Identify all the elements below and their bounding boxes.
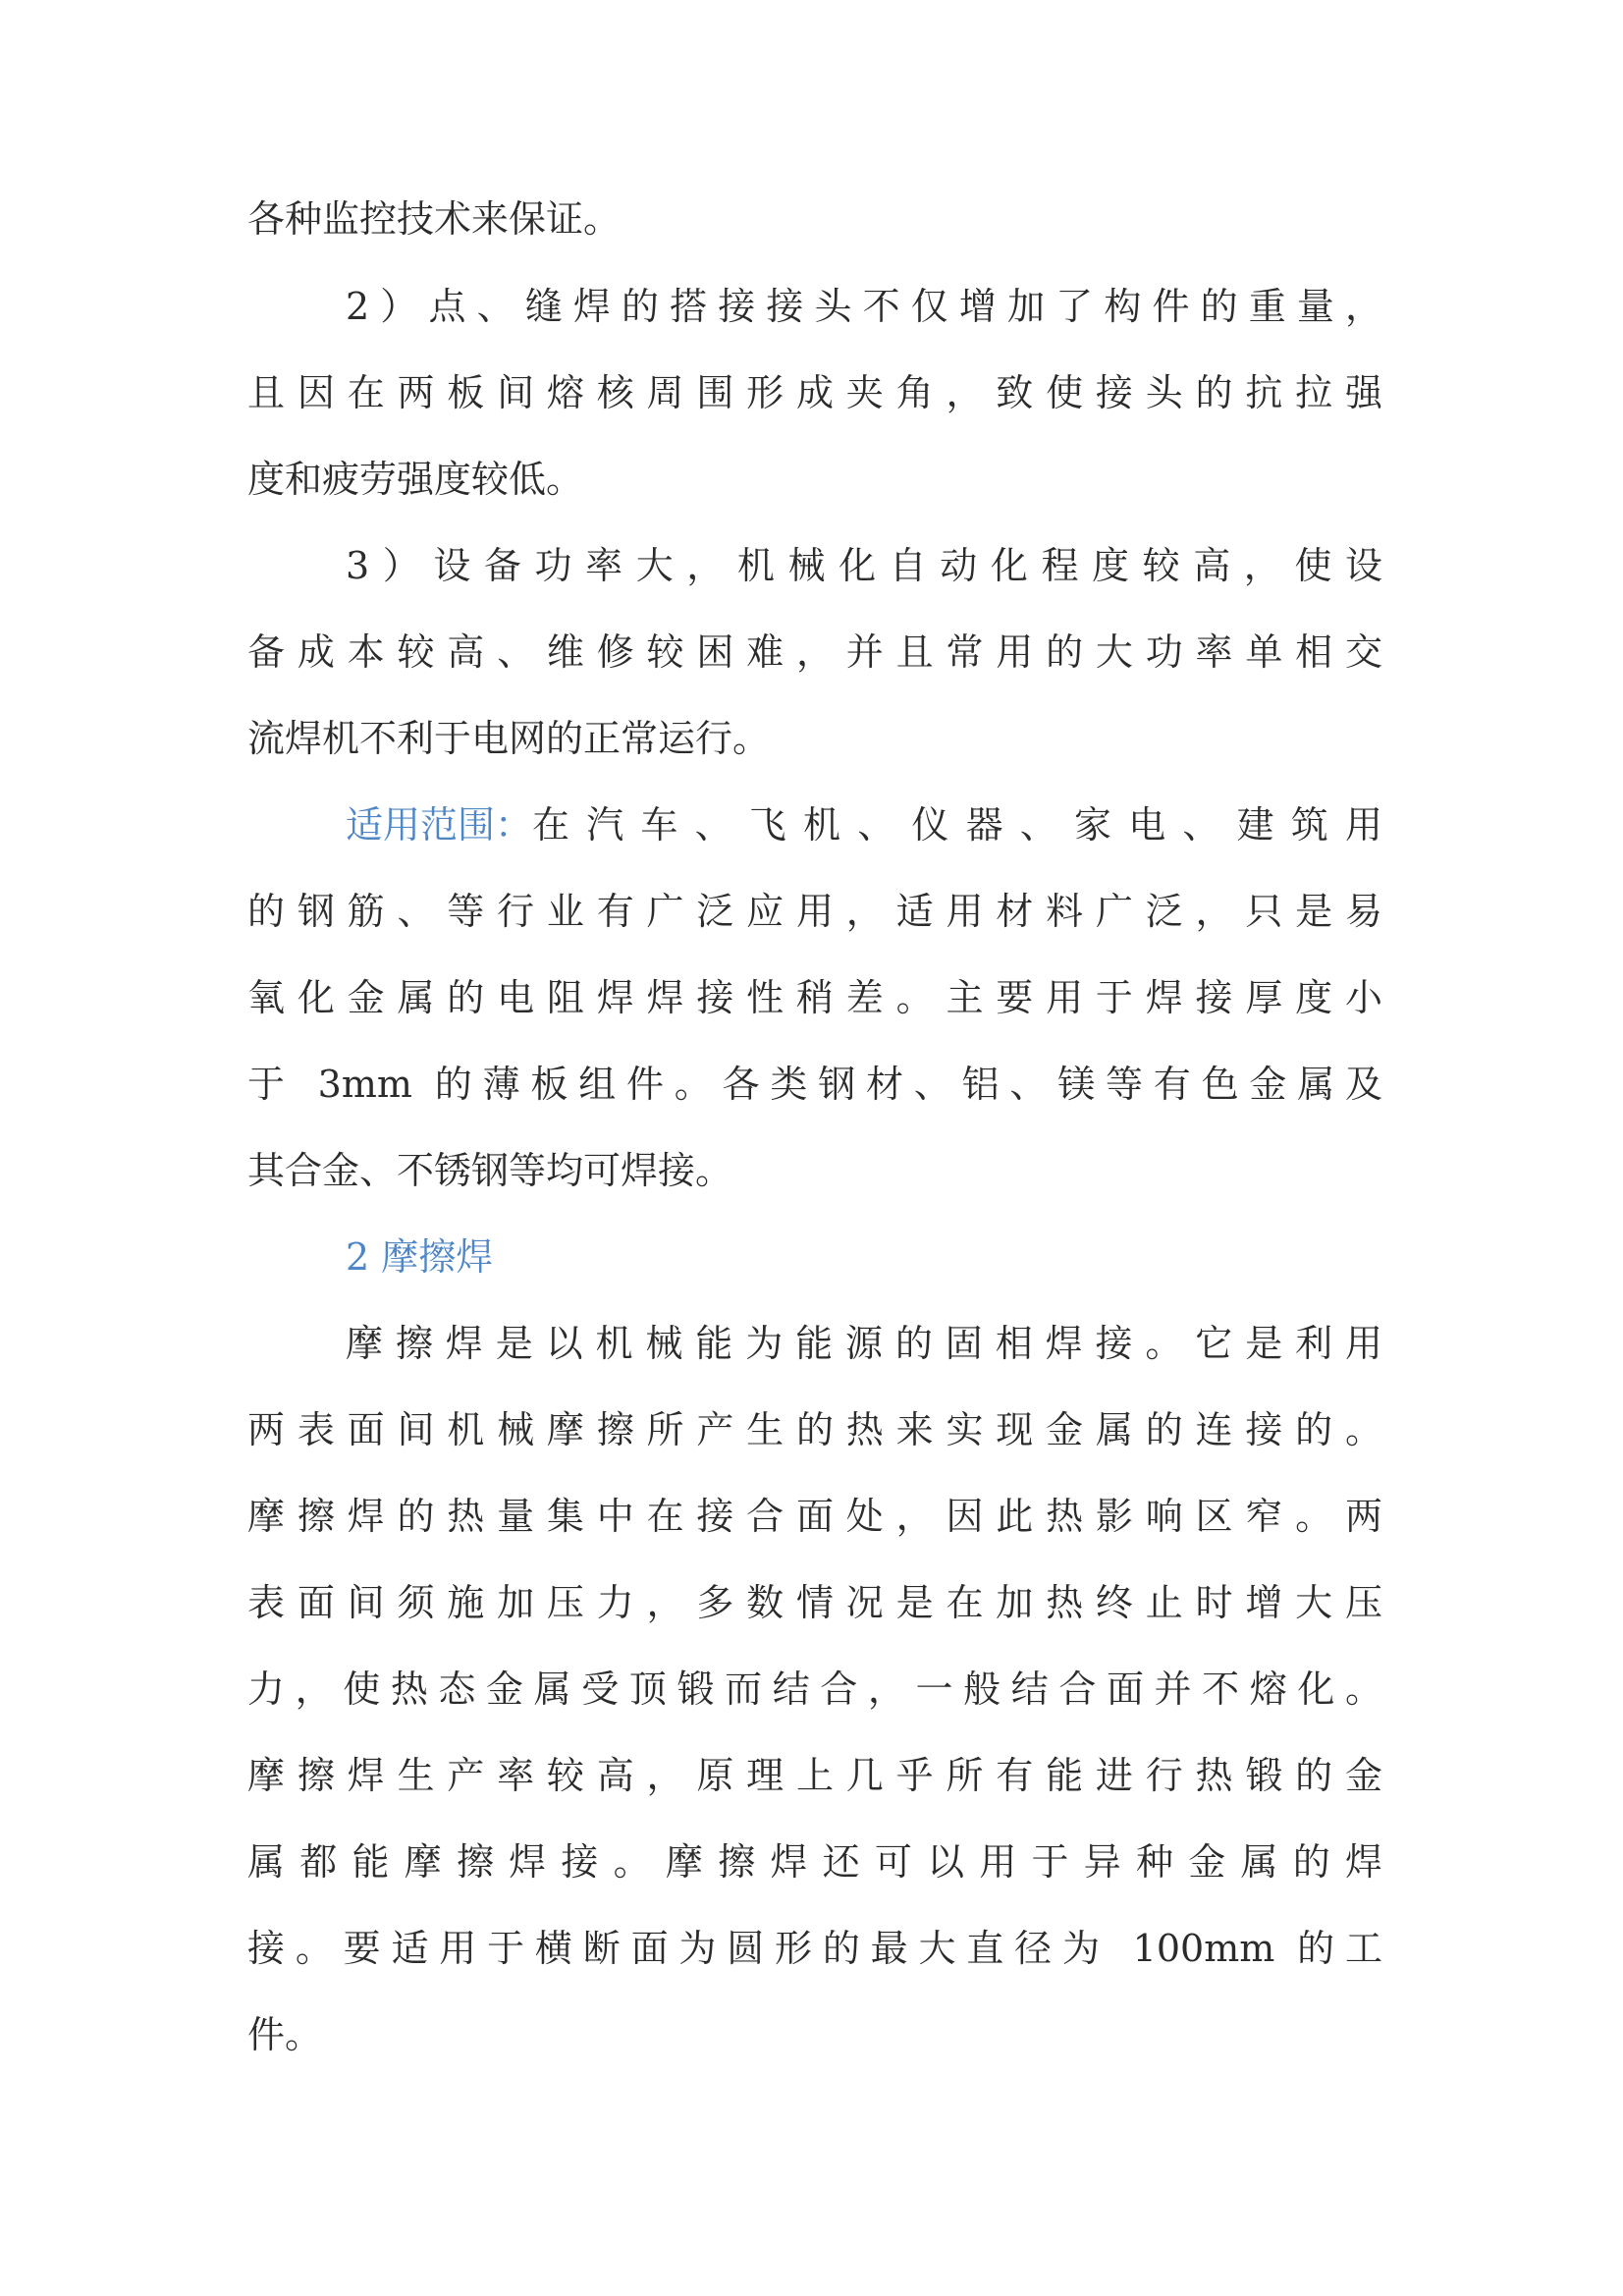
paragraph-line: 接。要适用于横断面为圆形的最大直径为 100mm 的工 <box>247 1927 1382 1970</box>
scope-paragraph-line: 其合金、不锈钢等均可焊接。 <box>247 1149 1382 1192</box>
scope-paragraph-line: 适用范围： 在汽车、飞机、仪器、家电、建筑用 <box>247 803 1382 847</box>
list-item-3-line: 流焊机不利于电网的正常运行。 <box>247 717 1382 760</box>
paragraph-line: 属都能摩擦焊接。摩擦焊还可以用于异种金属的焊 <box>247 1840 1382 1884</box>
paragraph-line: 表面间须施加压力，多数情况是在加热终止时增大压 <box>247 1581 1382 1624</box>
paragraph-line: 各种监控技术来保证。 <box>247 197 1382 241</box>
scope-paragraph-line: 的钢筋、等行业有广泛应用，适用材料广泛，只是易 <box>247 890 1382 933</box>
paragraph-line: 摩擦焊的热量集中在接合面处，因此热影响区窄。两 <box>247 1495 1382 1538</box>
paragraph-line: 力，使热态金属受顶锻而结合，一般结合面并不熔化。 <box>247 1667 1382 1711</box>
section-heading-friction-welding: 2 摩擦焊 <box>247 1235 1382 1279</box>
list-item-2-line: 且因在两板间熔核周围形成夹角，致使接头的抗拉强 <box>247 371 1382 414</box>
scope-paragraph-line: 于 3mm 的薄板组件。各类钢材、铝、镁等有色金属及 <box>247 1063 1382 1106</box>
list-item-2-line: 度和疲劳强度较低。 <box>247 458 1382 501</box>
scope-label: 适用范围： <box>346 803 532 847</box>
list-item-2-line: 2）点、缝焊的搭接接头不仅增加了构件的重量， <box>247 285 1382 328</box>
list-item-3-line: 3）设备功率大，机械化自动化程度较高，使设 <box>247 544 1382 587</box>
paragraph-line: 摩擦焊是以机械能为能源的固相焊接。它是利用 <box>247 1322 1382 1365</box>
paragraph-line: 摩擦焊生产率较高，原理上几乎所有能进行热锻的金 <box>247 1754 1382 1797</box>
paragraph-line: 件。 <box>247 2013 1382 2056</box>
paragraph-line: 两表面间机械摩擦所产生的热来实现金属的连接的。 <box>247 1408 1382 1451</box>
scope-text: 在汽车、飞机、仪器、家电、建筑用 <box>532 803 1382 847</box>
scope-paragraph-line: 氧化金属的电阻焊焊接性稍差。主要用于焊接厚度小 <box>247 976 1382 1019</box>
list-item-3-line: 备成本较高、维修较困难，并且常用的大功率单相交 <box>247 630 1382 674</box>
